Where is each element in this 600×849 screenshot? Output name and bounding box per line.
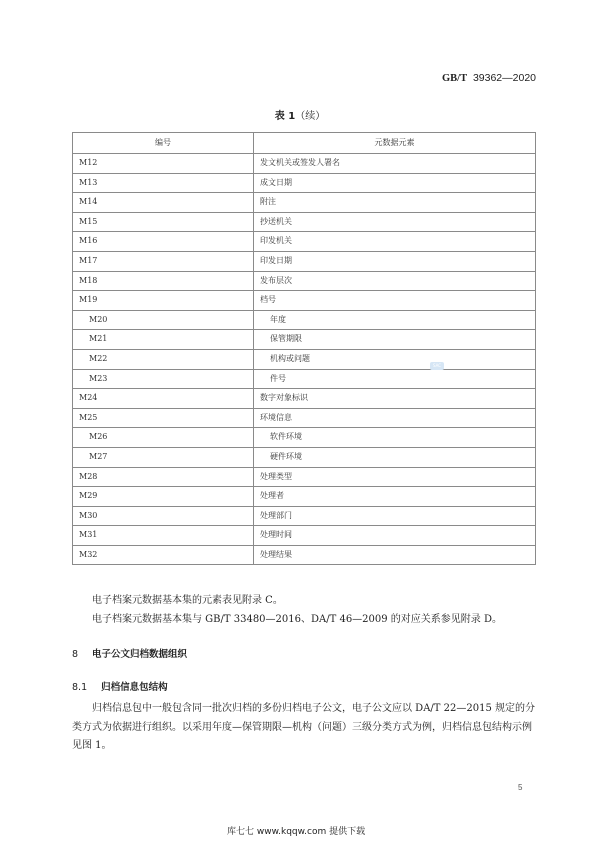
cell-id: M28	[73, 467, 254, 487]
paragraph-appendix-d: 电子档案元数据基本集与 GB/T 33480—2016、DA/T 46—2009…	[72, 611, 536, 630]
cell-element-name: 软件环境	[254, 428, 536, 448]
table-header-row: 编号 元数据元素	[73, 133, 536, 154]
cell-element-name: 附注	[254, 193, 536, 213]
table-row: M23件号	[73, 369, 536, 389]
table-caption-suffix: （续）	[295, 111, 325, 122]
section-title: 归档信息包结构	[101, 682, 168, 693]
cell-id: M27	[73, 447, 254, 467]
cell-element-name: 保管期限	[254, 330, 536, 350]
cell-element-name: 处理结果	[254, 545, 536, 565]
cell-element-name: 环境信息	[254, 408, 536, 428]
table-row: M27硬件环境	[73, 447, 536, 467]
metadata-table: 编号 元数据元素 M12发文机关或签发人署名M13成文日期M14附注M15抄送机…	[72, 132, 536, 565]
column-header-element: 元数据元素	[254, 133, 536, 154]
table-row: M31处理时间	[73, 526, 536, 546]
cell-id: M14	[73, 193, 254, 213]
cell-id: M26	[73, 428, 254, 448]
table-caption: 表 1（续）	[0, 107, 600, 122]
section-8-heading: 8电子公文归档数据组织	[72, 646, 187, 660]
table-row: M19档号	[73, 291, 536, 311]
cell-id: M23	[73, 369, 254, 389]
table-row: M30处理部门	[73, 506, 536, 526]
paragraph-appendix-c: 电子档案元数据基本集的元素表见附录 C。	[72, 592, 536, 611]
cell-id: M31	[73, 526, 254, 546]
table-row: M25环境信息	[73, 408, 536, 428]
table-row: M13成文日期	[73, 173, 536, 193]
table-caption-label: 表 1	[275, 111, 295, 122]
paragraph-archive-package: 归档信息包中一般包含同一批次归档的多份归档电子公文，电子公文应以 DA/T 22…	[72, 700, 536, 756]
download-footer: 库七七 www.kqqw.com 提供下载	[227, 824, 365, 837]
cell-element-name: 发布层次	[254, 271, 536, 291]
cell-element-name: 印发日期	[254, 251, 536, 271]
table-row: M22机构或问题	[73, 349, 536, 369]
cell-id: M12	[73, 154, 254, 174]
cell-element-name: 抄送机关	[254, 212, 536, 232]
cell-element-name: 发文机关或签发人署名	[254, 154, 536, 174]
cell-id: M24	[73, 389, 254, 409]
table-row: M15抄送机关	[73, 212, 536, 232]
cell-element-name: 处理者	[254, 487, 536, 507]
cell-id: M16	[73, 232, 254, 252]
standard-number: 39362—2020	[473, 72, 536, 84]
cell-id: M13	[73, 173, 254, 193]
standard-prefix: GB/T	[442, 73, 467, 84]
cell-element-name: 机构或问题	[254, 349, 536, 369]
cell-element-name: 处理类型	[254, 467, 536, 487]
cell-id: M22	[73, 349, 254, 369]
cell-element-name: 硬件环境	[254, 447, 536, 467]
cell-id: M25	[73, 408, 254, 428]
cell-id: M21	[73, 330, 254, 350]
section-number: 8	[72, 649, 78, 660]
page-number: 5	[518, 783, 522, 792]
cell-id: M15	[73, 212, 254, 232]
cell-element-name: 档号	[254, 291, 536, 311]
section-8-1-heading: 8.1归档信息包结构	[72, 679, 168, 693]
table-row: M26软件环境	[73, 428, 536, 448]
cell-id: M29	[73, 487, 254, 507]
cell-element-name: 印发机关	[254, 232, 536, 252]
cell-id: M17	[73, 251, 254, 271]
cell-element-name: 处理部门	[254, 506, 536, 526]
sac-watermark-logo: SAC	[430, 362, 444, 370]
table-row: M32处理结果	[73, 545, 536, 565]
cell-element-name: 成文日期	[254, 173, 536, 193]
section-number: 8.1	[72, 682, 87, 693]
table-row: M14附注	[73, 193, 536, 213]
table-body: M12发文机关或签发人署名M13成文日期M14附注M15抄送机关M16印发机关M…	[73, 154, 536, 565]
table-row: M16印发机关	[73, 232, 536, 252]
cell-id: M32	[73, 545, 254, 565]
cell-id: M18	[73, 271, 254, 291]
table-row: M18发布层次	[73, 271, 536, 291]
cell-element-name: 数字对象标识	[254, 389, 536, 409]
table-row: M24数字对象标识	[73, 389, 536, 409]
cell-id: M19	[73, 291, 254, 311]
standard-number-header: GB/T 39362—2020	[442, 72, 536, 84]
table-row: M12发文机关或签发人署名	[73, 154, 536, 174]
cell-id: M20	[73, 310, 254, 330]
table-row: M20年度	[73, 310, 536, 330]
cell-element-name: 年度	[254, 310, 536, 330]
table-row: M29处理者	[73, 487, 536, 507]
table-row: M17印发日期	[73, 251, 536, 271]
cell-element-name: 处理时间	[254, 526, 536, 546]
cell-id: M30	[73, 506, 254, 526]
table-row: M28处理类型	[73, 467, 536, 487]
table-row: M21保管期限	[73, 330, 536, 350]
cell-element-name: 件号	[254, 369, 536, 389]
column-header-id: 编号	[73, 133, 254, 154]
section-title: 电子公文归档数据组织	[92, 649, 187, 660]
